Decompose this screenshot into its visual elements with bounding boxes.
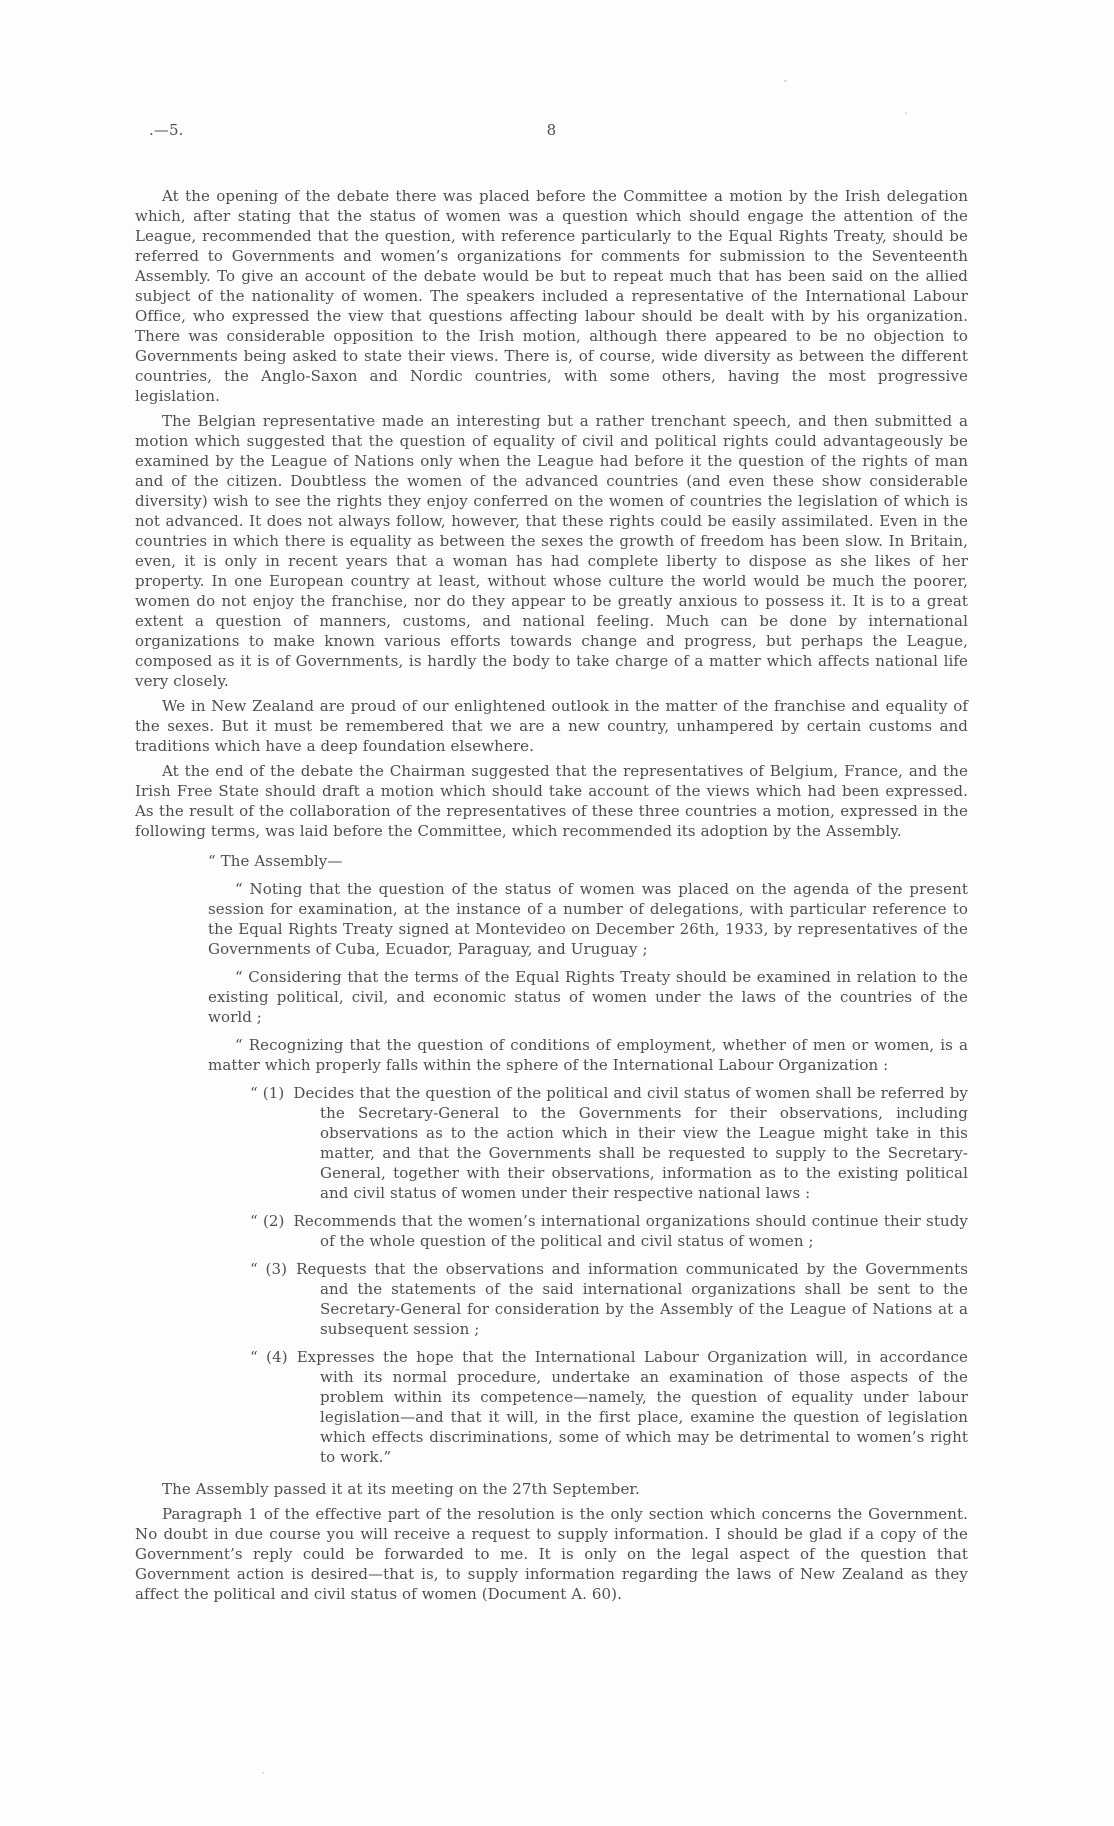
paragraph-belgian-representative: The Belgian representative made an inter… (135, 411, 968, 691)
paragraph-assembly-passed: The Assembly passed it at its meeting on… (135, 1479, 968, 1499)
resolution-item-4-number: “ (4) (250, 1348, 288, 1366)
page-header: .—5. 8 (135, 120, 968, 140)
resolution-item-2-text: Recommends that the women’s internationa… (294, 1212, 969, 1250)
resolution-item-1: “ (1)Decides that the question of the po… (135, 1083, 968, 1203)
page-number: 8 (547, 120, 557, 140)
scan-speck (262, 1772, 264, 1774)
paragraph-new-zealand-outlook: We in New Zealand are proud of our enlig… (135, 696, 968, 756)
resolution-item-4-text: Expresses the hope that the Internationa… (297, 1348, 968, 1466)
resolution-heading: “ The Assembly— (208, 851, 968, 871)
document-reference: .—5. (149, 120, 183, 140)
resolution-item-2: “ (2)Recommends that the women’s interna… (135, 1211, 968, 1251)
resolution-item-1-number: “ (1) (250, 1084, 284, 1102)
resolution-item-3: “ (3)Requests that the observations and … (135, 1259, 968, 1339)
paragraph-government-action: Paragraph 1 of the effective part of the… (135, 1504, 968, 1604)
resolution-preamble-noting: “ Noting that the question of the status… (208, 879, 968, 959)
resolution-preamble-considering: “ Considering that the terms of the Equa… (208, 967, 968, 1027)
paragraph-debate-opening: At the opening of the debate there was p… (135, 186, 968, 406)
resolution-item-3-text: Requests that the observations and infor… (296, 1260, 968, 1338)
scan-speck (905, 112, 907, 114)
scan-speck (784, 80, 787, 82)
paragraph-chairman-suggestion: At the end of the debate the Chairman su… (135, 761, 968, 841)
resolution-item-4: “ (4)Expresses the hope that the Interna… (135, 1347, 968, 1467)
document-page: .—5. 8 At the opening of the debate ther… (0, 0, 1114, 1826)
resolution-item-3-number: “ (3) (250, 1260, 287, 1278)
resolution-item-1-text: Decides that the question of the politic… (293, 1084, 968, 1202)
resolution-item-2-number: “ (2) (250, 1212, 285, 1230)
resolution-preamble-recognizing: “ Recognizing that the question of condi… (208, 1035, 968, 1075)
